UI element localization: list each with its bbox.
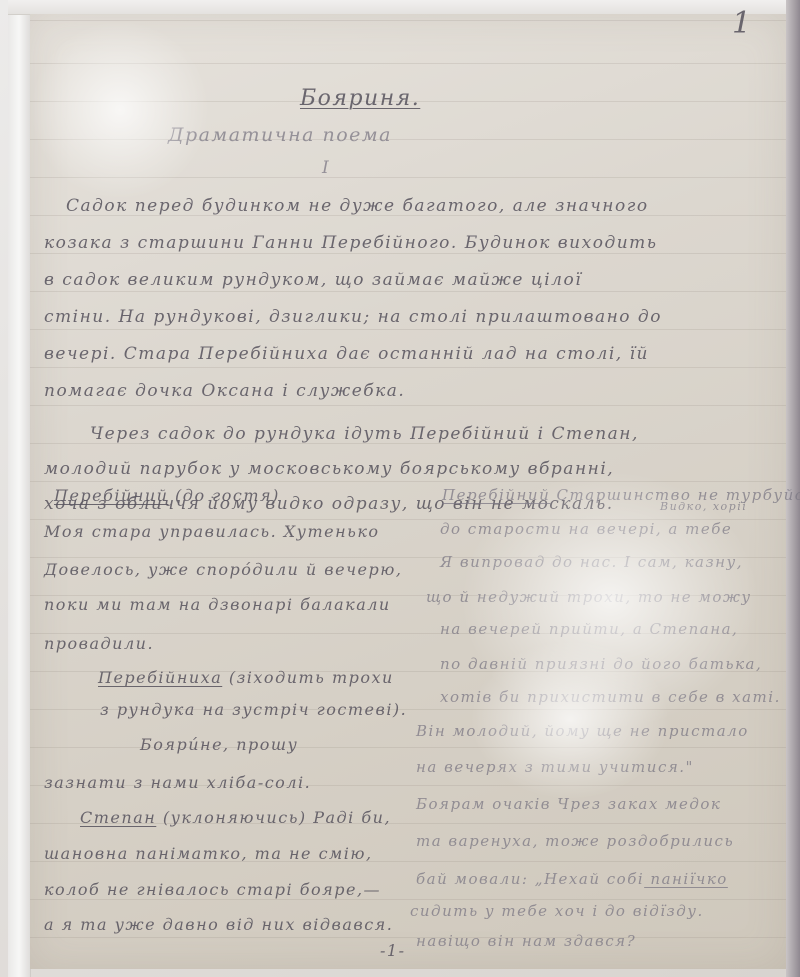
stage-direction: (до гостя) [168, 486, 279, 505]
text-line: Перебійниха (зіходить трохи [98, 668, 394, 687]
speaker-name: Перебійниха [98, 668, 222, 687]
subtitle: Драматична поема [168, 124, 392, 146]
text-line: на вечерях з тими учитися." [416, 758, 694, 776]
text-line: що й недужий трохи, то не можу [426, 588, 752, 606]
text-line: Моя стара управилась. Хутенько [44, 522, 380, 541]
text-line: зазнати з нами хліба-солі. [44, 773, 311, 792]
text-line: провадили. [44, 634, 154, 653]
page-title: Бояриня. [300, 86, 420, 111]
dialogue-text: Раді би, [307, 808, 391, 827]
text-line: Боярам очаків Чрез заках медок [416, 795, 721, 813]
sleeve-edge-left [8, 0, 31, 977]
text-line: поки ми там на дзвонарі балакали [44, 595, 391, 614]
text-line: до старости на вечері, а тебе [440, 520, 732, 538]
underlined-word: паніїчко [644, 870, 728, 888]
text-line: стіни. На рундукові, дзиглики; на столі … [44, 307, 662, 327]
text-line: шановна паніматко, та не смію, [44, 844, 373, 863]
text-line: навіщо він нам здався? [416, 932, 636, 950]
text-line: Бояри́не, прошу [140, 735, 298, 754]
text-line: та варенуха, тоже роздобрились [416, 832, 734, 850]
text-line: хотів би прихистити в себе в хаті. [440, 688, 781, 706]
speaker-name: Перебійний [54, 486, 168, 505]
text-line: вечері. Стара Перебійниха дає останній л… [44, 344, 649, 364]
text-line: Я випровад до нас. І сам, казну, [440, 553, 743, 571]
text-line: з рундука на зустріч гостеві). [100, 700, 407, 719]
act-number: I [322, 158, 330, 178]
text-line: колоб не гнівалось старі бояре,— [44, 880, 381, 899]
text-line: бай мовали: „Нехай собі паніїчко [416, 870, 728, 888]
text-line: а я та уже давно від них відвався. [44, 915, 393, 934]
speaker-name: Степан [80, 808, 156, 827]
text-line: козака з старшини Ганни Перебійного. Буд… [44, 233, 658, 253]
text-line: сидить у тебе хоч і до відїзду. [410, 902, 704, 920]
text-line: Довелось, уже споро́дили й вечерю, [44, 560, 402, 579]
text-line: Степан (уклоняючись) Раді би, [80, 808, 391, 827]
stage-direction: (зіходить трохи [222, 668, 394, 687]
speaker-name: Перебійний [442, 486, 550, 504]
text-line: помагає дочка Оксана і служебка. [44, 381, 405, 401]
page-number: 1 [732, 6, 753, 41]
margin-addition: Видко, хоріі [660, 500, 747, 513]
footer-mark: -1- [380, 941, 406, 960]
sleeve-edge-top [8, 0, 800, 15]
text-line: в садок великим рундуком, що займає майж… [44, 270, 582, 290]
text-line: по давній приязні до його батька, [440, 655, 762, 673]
stage-direction: (уклоняючись) [156, 808, 306, 827]
text-line: молодий парубок у московському боярськом… [44, 459, 614, 479]
text-line: Перебійний (до гостя) [54, 486, 280, 505]
text-line: Садок перед будинком не дуже багатого, а… [66, 196, 649, 216]
text-line: Він молодий, йому ще не пристало [416, 722, 749, 740]
text-line: на вечерей прийти, а Степана, [440, 620, 738, 638]
text-line: Через садок до рундука ідуть Перебійний … [90, 424, 639, 444]
